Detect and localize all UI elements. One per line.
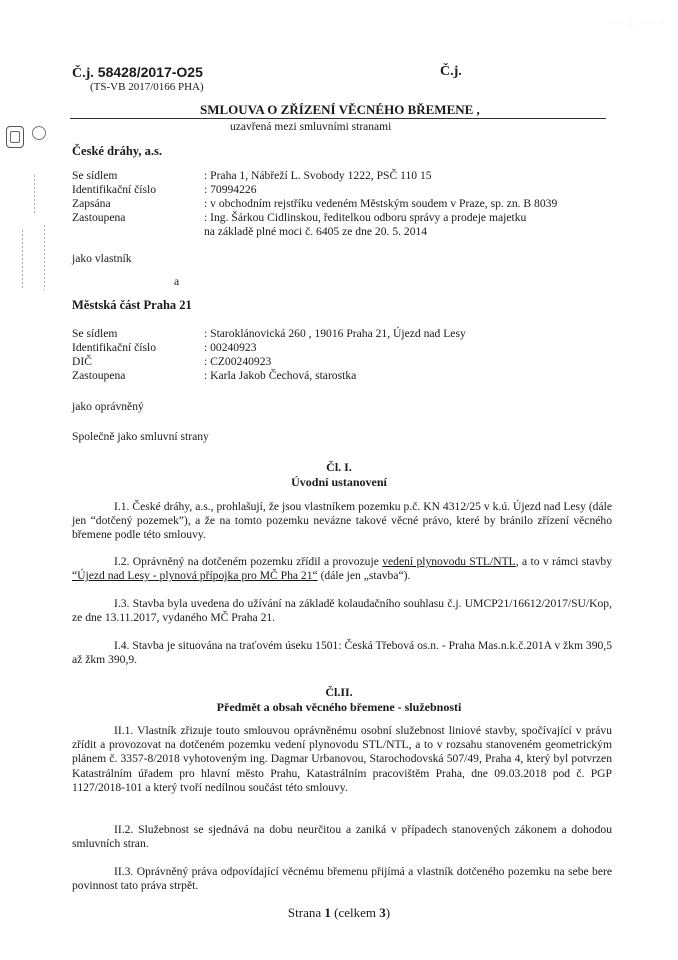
party2-row: DIČ: CZ00240923 xyxy=(72,355,632,369)
party1-row: na základě plné moci č. 6405 ze dne 20. … xyxy=(72,225,632,239)
article1-p1: I.1. České dráhy, a.s., prohlašují, že j… xyxy=(72,500,612,543)
stamp-icon xyxy=(32,126,46,140)
party1-row-value: : Praha 1, Nábřeží L. Svobody 1222, PSČ … xyxy=(204,169,632,183)
article1-heading: Úvodní ustanovení xyxy=(0,475,678,490)
party2-row-value: : 00240923 xyxy=(204,341,632,355)
party1-row-label: Identifikační číslo xyxy=(72,183,204,197)
article2-p1: II.1. Vlastník zřizuje touto smlouvou op… xyxy=(72,724,612,795)
title-rule xyxy=(70,118,606,119)
conjunction: a xyxy=(174,275,179,288)
article1-p2: I.2. Oprávněný na dotčeném pozemku zřídi… xyxy=(72,555,612,583)
party2-role: jako oprávněný xyxy=(72,400,144,413)
article1-p4: I.4. Stavba je situována na traťovém úse… xyxy=(72,639,612,667)
party1-row: Identifikační číslo: 70994226 xyxy=(72,183,632,197)
party2-row: Zastoupena: Karla Jakob Čechová, starost… xyxy=(72,369,632,383)
reference-number: Č.j.58428/2017-O25 xyxy=(72,64,203,82)
cd-logo-icon xyxy=(6,126,24,148)
together-text: Společně jako smluvní strany xyxy=(72,430,209,443)
party2-row-label: DIČ xyxy=(72,355,204,369)
party1-row: Zastoupena: Ing. Šárkou Cidlinskou, ředi… xyxy=(72,211,632,225)
document-subtitle: uzavřená mezi smluvními stranami xyxy=(230,121,391,133)
party1-row-value: : v obchodním rejstříku vedeném Městským… xyxy=(204,197,632,211)
article2-p3: II.3. Oprávněný práva odpovídající věcné… xyxy=(72,865,612,893)
cj-label-right: Č.j. xyxy=(440,64,462,80)
margin-marks xyxy=(20,175,60,295)
party1-row-value: na základě plné moci č. 6405 ze dne 20. … xyxy=(204,225,632,239)
scan-artifacts: · · : · · · xyxy=(609,18,668,27)
party2-name: Městská část Praha 21 xyxy=(72,298,192,313)
page-footer: Strana 1 (celkem 3) xyxy=(0,905,678,921)
party1-row-label xyxy=(72,225,204,239)
party1-name: České dráhy, a.s. xyxy=(72,144,162,159)
party2-row-label: Identifikační číslo xyxy=(72,341,204,355)
party1-role: jako vlastník xyxy=(72,252,132,265)
party2-row-value: : Karla Jakob Čechová, starostka xyxy=(204,369,632,383)
party2-row-value: : CZ00240923 xyxy=(204,355,632,369)
article1-number: Čl. I. xyxy=(0,460,678,475)
party1-row-label: Se sídlem xyxy=(72,169,204,183)
article2-heading: Předmět a obsah věcného břemene - služeb… xyxy=(0,700,678,715)
party1-row-value: : 70994226 xyxy=(204,183,632,197)
party2-row-label: Se sídlem xyxy=(72,327,204,341)
cj-label: Č.j. xyxy=(72,66,94,81)
party2-row-label: Zastoupena xyxy=(72,369,204,383)
document-title: SMLOUVA O ZŘÍZENÍ VĚCNÉHO BŘEMENE , xyxy=(200,102,480,118)
party1-row: Zapsána: v obchodním rejstříku vedeném M… xyxy=(72,197,632,211)
party1-row-value: : Ing. Šárkou Cidlinskou, ředitelkou odb… xyxy=(204,211,632,225)
party2-row: Se sídlem: Staroklánovická 260 , 19016 P… xyxy=(72,327,632,341)
party1-row-label: Zapsána xyxy=(72,197,204,211)
party1-row-label: Zastoupena xyxy=(72,211,204,225)
cj-number: 58428/2017-O25 xyxy=(98,64,203,80)
party2-row-value: : Staroklánovická 260 , 19016 Praha 21, … xyxy=(204,327,632,341)
article2-number: Čl.II. xyxy=(0,685,678,700)
party1-row: Se sídlem: Praha 1, Nábřeží L. Svobody 1… xyxy=(72,169,632,183)
party2-row: Identifikační číslo: 00240923 xyxy=(72,341,632,355)
article1-p3: I.3. Stavba byla uvedena do užívání na z… xyxy=(72,597,612,625)
article2-p2: II.2. Služebnost se sjednává na dobu neu… xyxy=(72,823,612,851)
ts-reference: (TS-VB 2017/0166 PHA) xyxy=(90,81,204,93)
